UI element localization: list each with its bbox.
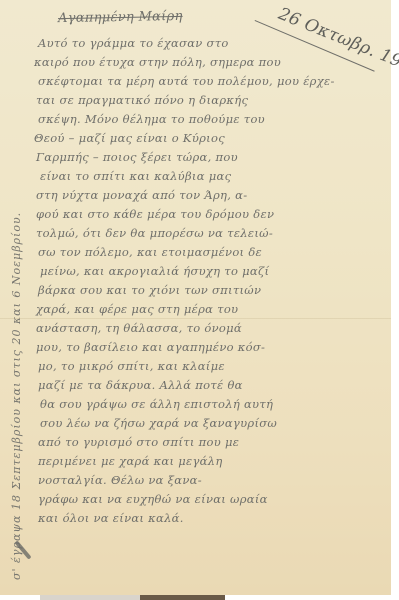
body-line-4: ται σε πραγματικό πόνο η διαρκής [36, 93, 248, 107]
letter-date: 26 Οκτωβρ. 1912 [276, 4, 399, 80]
body-line-24: νοσταλγία. Θέλω να ξανα- [38, 473, 202, 487]
body-line-16: ανάσταση, τη θάλασσα, το όνομά [36, 321, 242, 335]
body-line-20: θα σου γράψω σε άλλη επιστολή αυτή [40, 397, 273, 411]
body-line-25: γράφω και να ευχηθώ να είναι ωραία [38, 492, 268, 506]
body-line-21: σου λέω να ζήσω χαρά να ξαναγυρίσω [40, 416, 277, 430]
body-line-13: μείνω, και ακρογιαλιά ήσυχη το μαζί [40, 264, 269, 278]
body-line-15: χαρά, και φέρε μας στη μέρα του [36, 302, 238, 316]
scan-background-strip [40, 595, 140, 600]
body-line-10: φού και στο κάθε μέρα του δρόμου δεν [36, 207, 274, 221]
body-line-7: Γαρμπής – ποιος ξέρει τώρα, που [36, 150, 238, 164]
body-line-5: σκέψη. Μόνο θέλημα το ποθούμε του [38, 112, 265, 126]
salutation: Αγαπημένη Μαίρη [58, 9, 183, 26]
body-line-19: μαζί με τα δάκρυα. Αλλά ποτέ θα [38, 378, 243, 392]
body-line-1: Αυτό το γράμμα το έχασαν στο [38, 36, 229, 50]
body-line-23: περιμένει με χαρά και μεγάλη [38, 454, 223, 468]
body-line-12: σω τον πόλεμο, και ετοιμασμένοι δε [38, 245, 262, 259]
body-line-11: τολμώ, ότι δεν θα μπορέσω να τελειώ- [36, 226, 273, 240]
body-line-3: σκέφτομαι τα μέρη αυτά του πολέμου, μου … [38, 74, 335, 88]
body-line-2: καιρό που έτυχα στην πόλη, σημερα που [34, 55, 281, 69]
body-line-9: στη νύχτα μοναχά από τον Άρη, α- [36, 188, 247, 202]
body-line-8: είναι το σπίτι και καλύβια μας [40, 169, 231, 183]
body-line-17: μου, το βασίλειο και αγαπημένο κόσ- [36, 340, 265, 354]
body-line-22: από το γυρισμό στο σπίτι που με [38, 435, 239, 449]
letter-paper: Αγαπημένη Μαίρη 26 Οκτωβρ. 1912 Αυτό το … [0, 0, 391, 595]
salutation-text: Αγαπημένη Μαίρη [58, 9, 183, 26]
body-line-6: Θεού – μαζί μας είναι ο Κύριος [34, 131, 225, 145]
margin-note: σ' έγραψα 18 Σεπτεμβρίου και στις 20 και… [10, 212, 23, 580]
body-line-26: και όλοι να είναι καλά. [38, 511, 184, 525]
body-line-14: βάρκα σου και το χιόνι των σπιτιών [38, 283, 261, 297]
scan-dark-strip [140, 595, 225, 600]
body-line-18: μο, το μικρό σπίτι, και κλαίμε [38, 359, 225, 373]
